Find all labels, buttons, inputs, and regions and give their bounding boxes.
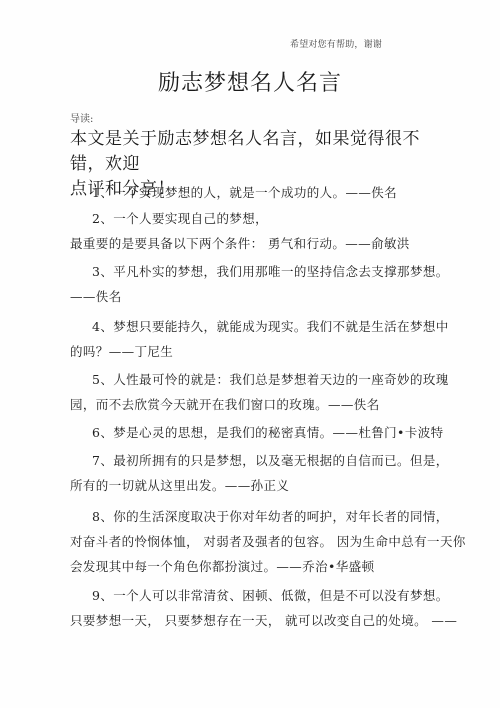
quote-2-cont: 最重要的是要具备以下两个条件： 勇气和行动。——俞敏洪 <box>70 234 410 252</box>
quote-7-cont: 所有的一切就从这里出发。——孙正义 <box>70 476 289 494</box>
quote-3: 3、平凡朴实的梦想，我们用那唯一的坚持信念去支撑那梦想。 <box>92 262 449 280</box>
quote-6: 6、梦是心灵的思想，是我们的秘密真情。——杜鲁门•卡波特 <box>92 423 444 441</box>
quote-5: 5、人性最可怜的就是：我们总是梦想着天边的一座奇妙的玫瑰 <box>92 370 449 388</box>
quote-8-cont: 对奋斗者的怜悯体恤， 对弱者及强者的包容。 因为生命中总有一天你 <box>70 532 466 550</box>
quote-1: 1、一个实现梦想的人，就是一个成功的人。——佚名 <box>92 183 397 201</box>
intro-line: 本文是关于励志梦想名人名言，如果觉得很不错，欢迎 <box>70 127 450 177</box>
quote-2: 2、一个人要实现自己的梦想， <box>92 209 268 227</box>
quote-9: 9、一个人可以非常清贫、困顿、低微，但是不可以没有梦想。 <box>92 586 449 604</box>
quote-4: 4、梦想只要能持久，就能成为现实。我们不就是生活在梦想中 <box>92 317 449 335</box>
document-page: 希望对您有帮助，谢谢 励志梦想名人名言 导读: 本文是关于励志梦想名人名言，如果… <box>0 0 500 708</box>
quote-8: 8、你的生活深度取决于你对年幼者的呵护，对年长者的同情， <box>92 507 449 525</box>
quote-4-cont: 的吗？——丁尼生 <box>70 342 173 360</box>
page-title: 励志梦想名人名言 <box>0 66 500 97</box>
quote-7: 7、最初所拥有的只是梦想，以及毫无根据的自信而已。但是， <box>92 451 449 469</box>
lead-label: 导读: <box>70 110 93 125</box>
quote-9-cont: 只要梦想一天， 只要梦想存在一天， 就可以改变自己的处境。 —— <box>70 611 457 629</box>
quote-8-cont: 会发现其中每一个角色你都扮演过。——乔治•华盛顿 <box>70 557 374 575</box>
quote-5-cont: 园，而不去欣赏今天就开在我们窗口的玫瑰。——佚名 <box>70 395 380 413</box>
header-note: 希望对您有帮助，谢谢 <box>290 37 382 50</box>
quote-3-cont: ——佚名 <box>70 287 122 305</box>
